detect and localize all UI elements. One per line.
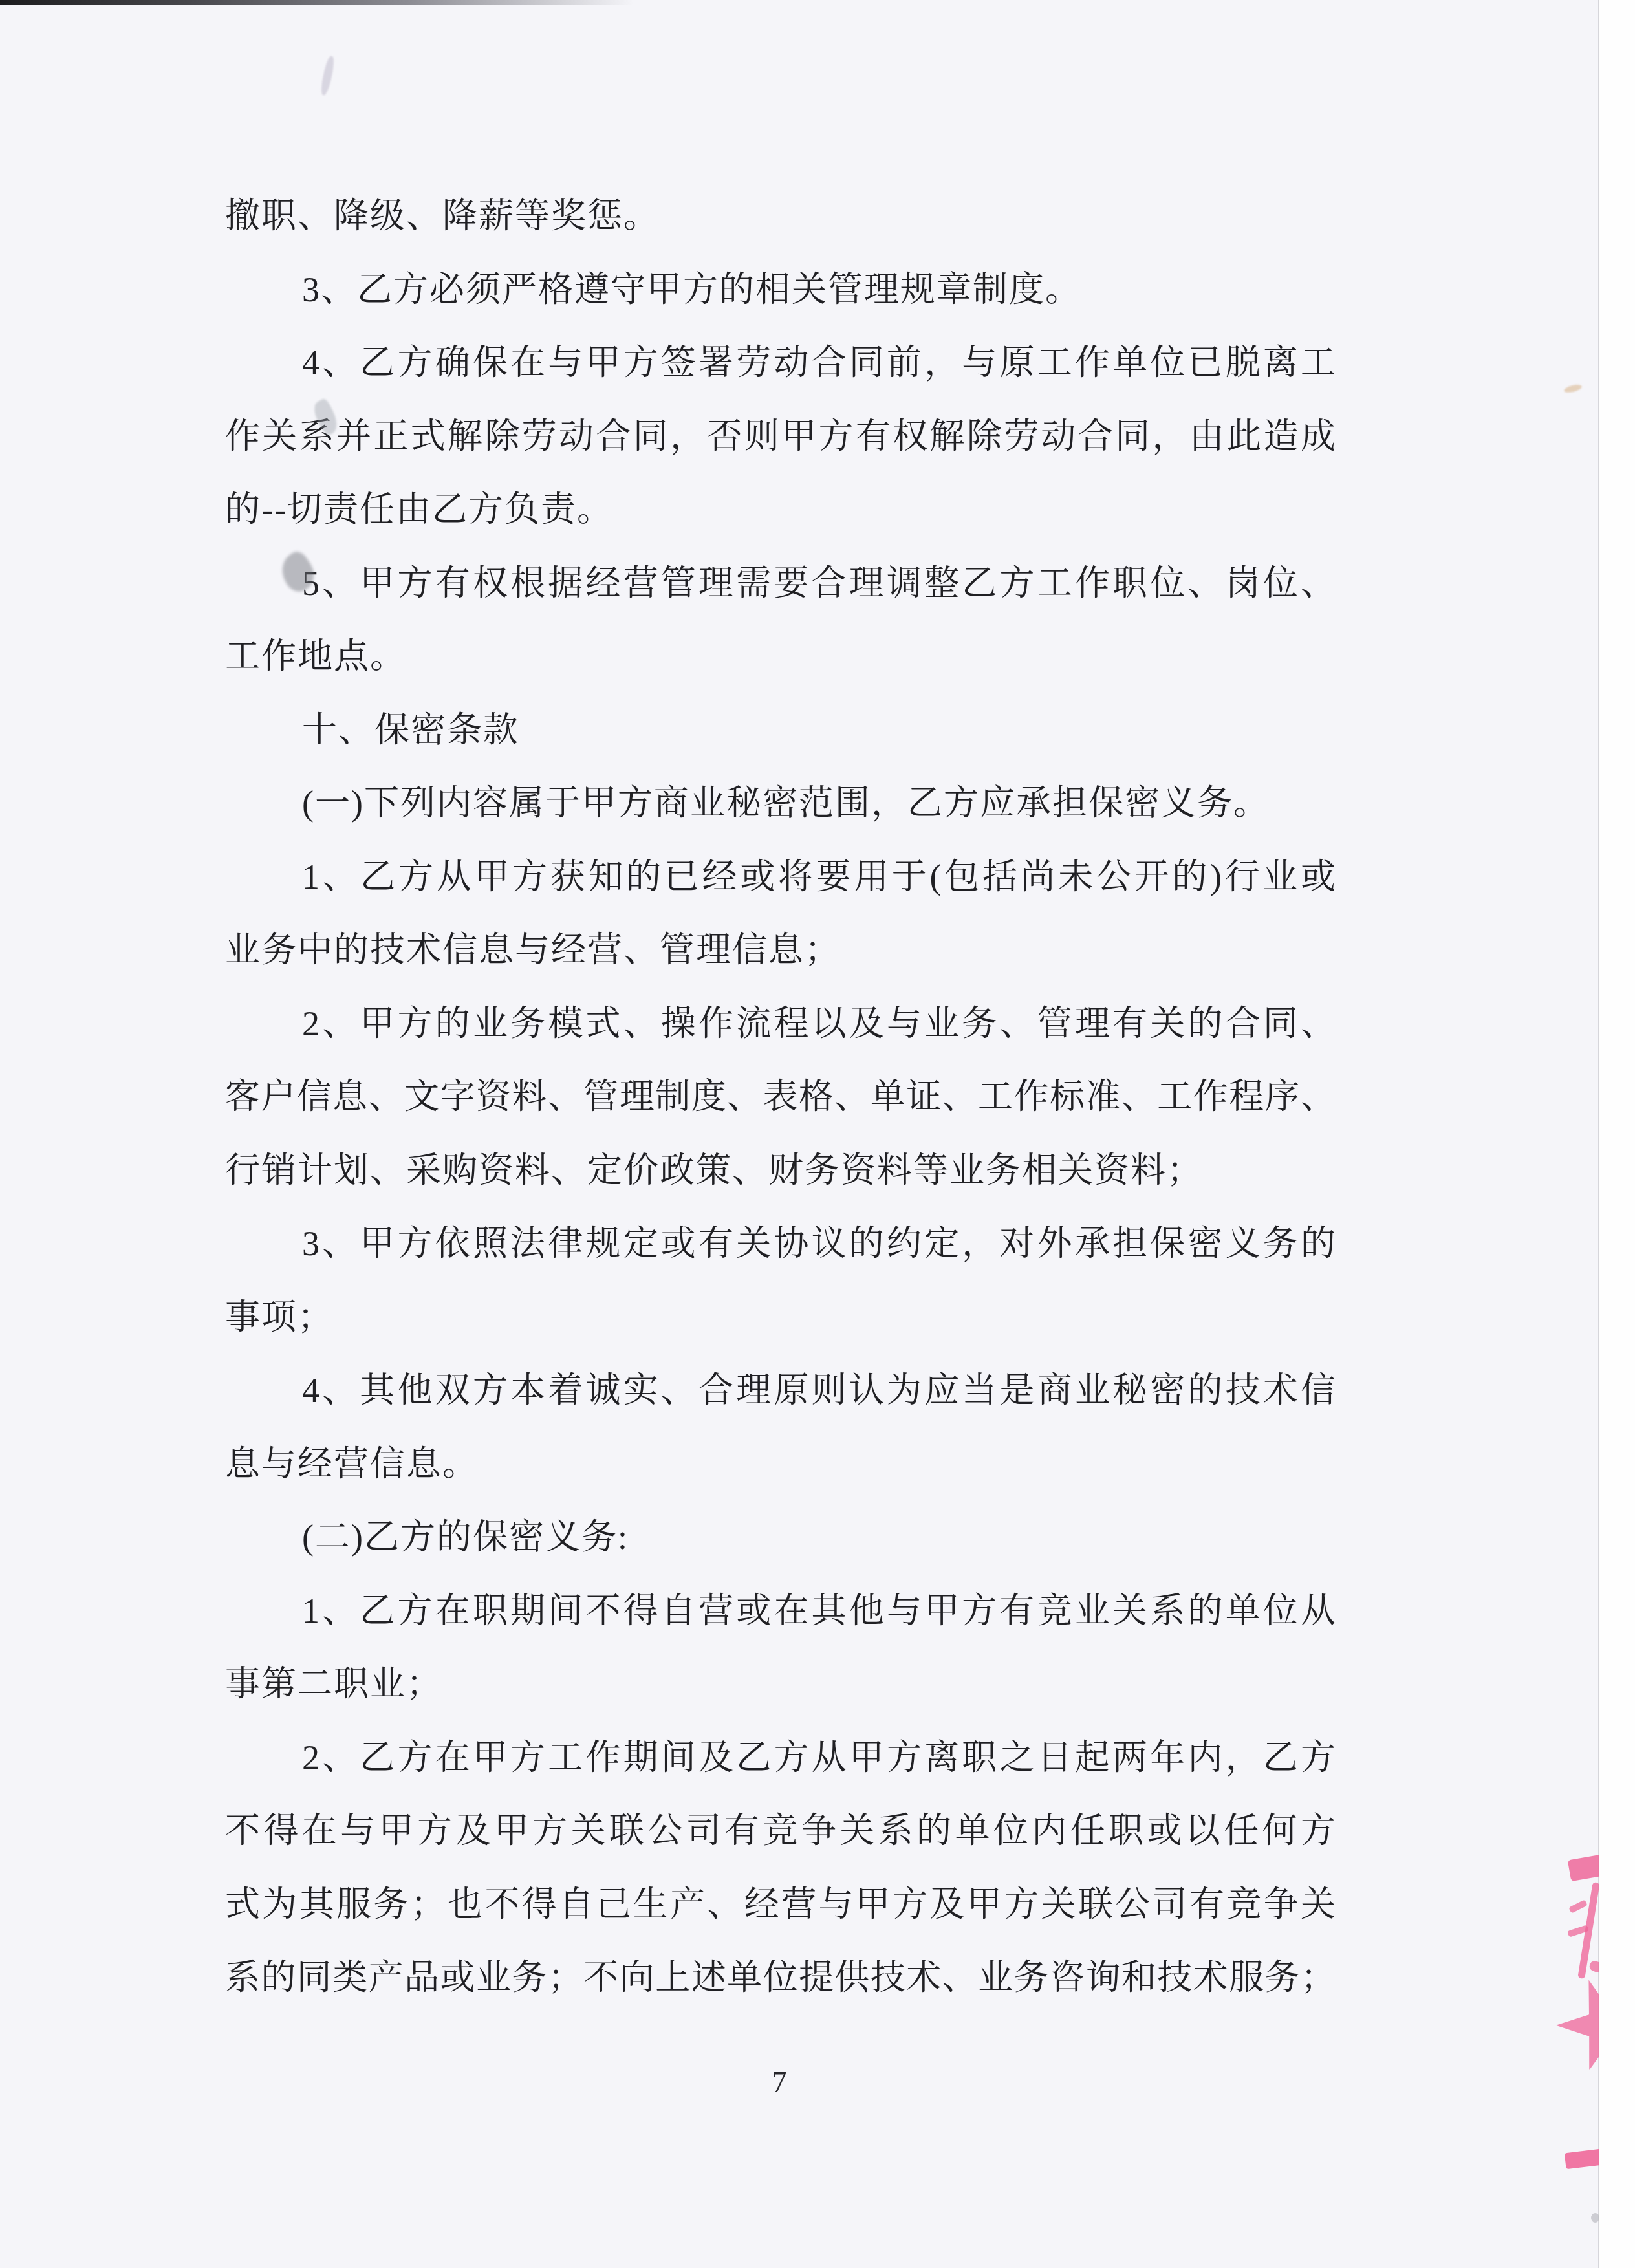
seal-bar-icon [1565, 2148, 1599, 2170]
contract-line: (一)下列内容属于甲方商业秘密范围，乙方应承担保密义务。 [225, 767, 1336, 841]
contract-subsection-heading: (二)乙方的保密义务: [225, 1501, 1336, 1575]
contract-body: 撤职、降级、降薪等奖惩。 3、乙方必须严格遵守甲方的相关管理规章制度。 4、乙方… [225, 180, 1336, 2015]
contract-line: 3、甲方依照法律规定或有关协议的约定，对外承担保密义务的 [225, 1207, 1336, 1281]
seal-bar-icon [1568, 1851, 1599, 1881]
contract-line: 2、乙方在甲方工作期间及乙方从甲方离职之日起两年内，乙方 [225, 1722, 1336, 1795]
contract-line: 5、甲方有权根据经营管理需要合理调整乙方工作职位、岗位、 [225, 547, 1336, 621]
contract-line: 工作地点。 [225, 620, 1336, 694]
contract-line: 客户信息、文字资料、管理制度、表格、单证、工作标准、工作程序、 [225, 1061, 1336, 1134]
contract-line: 息与经营信息。 [225, 1428, 1336, 1502]
contract-line: 式为其服务；也不得自己生产、经营与甲方及甲方关联公司有竞争关 [225, 1868, 1336, 1942]
contract-line: 作关系并正式解除劳动合同，否则甲方有权解除劳动合同，由此造成 [225, 400, 1336, 474]
seal-character-icon [1568, 1899, 1588, 1913]
scan-smudge [1563, 383, 1583, 394]
contract-line: 行销计划、采购资料、定价政策、财务资料等业务相关资料； [225, 1134, 1336, 1208]
contract-line: 1、乙方在职期间不得自营或在其他与甲方有竞业关系的单位从 [225, 1575, 1336, 1648]
scanner-edge-shadow [0, 0, 634, 5]
contract-section-heading: 十、保密条款 [225, 694, 1336, 768]
seal-star-icon [1551, 1965, 1599, 2084]
scanned-contract-page: 撤职、降级、降薪等奖惩。 3、乙方必须严格遵守甲方的相关管理规章制度。 4、乙方… [0, 0, 1635, 2268]
contract-line: 撤职、降级、降薪等奖惩。 [225, 180, 1336, 254]
seal-character-icon [1588, 1960, 1599, 1974]
contract-line: 的--切责任由乙方负责。 [225, 473, 1336, 547]
paper-right-edge [1598, 0, 1635, 2268]
contract-line: 业务中的技术信息与经营、管理信息； [225, 914, 1336, 988]
contract-line: 1、乙方从甲方获知的已经或将要用于(包括尚未公开的)行业或 [225, 841, 1336, 914]
contract-line: 系的同类产品或业务；不向上述单位提供技术、业务咨询和技术服务； [225, 1941, 1336, 2015]
red-seal-stamp [1551, 1846, 1599, 2183]
contract-line: 事第二职业； [225, 1648, 1336, 1722]
contract-line: 2、甲方的业务模式、操作流程以及与业务、管理有关的合同、 [225, 988, 1336, 1061]
contract-line: 3、乙方必须严格遵守甲方的相关管理规章制度。 [225, 254, 1336, 327]
contract-line: 事项； [225, 1281, 1336, 1355]
contract-line: 4、其他双方本着诚实、合理原则认为应当是商业秘密的技术信 [225, 1354, 1336, 1428]
page-number: 7 [750, 2065, 808, 2099]
contract-line: 不得在与甲方及甲方关联公司有竞争关系的单位内任职或以任何方 [225, 1795, 1336, 1868]
contract-line: 4、乙方确保在与甲方签署劳动合同前，与原工作单位已脱离工 [225, 327, 1336, 400]
scan-smudge [319, 55, 336, 96]
